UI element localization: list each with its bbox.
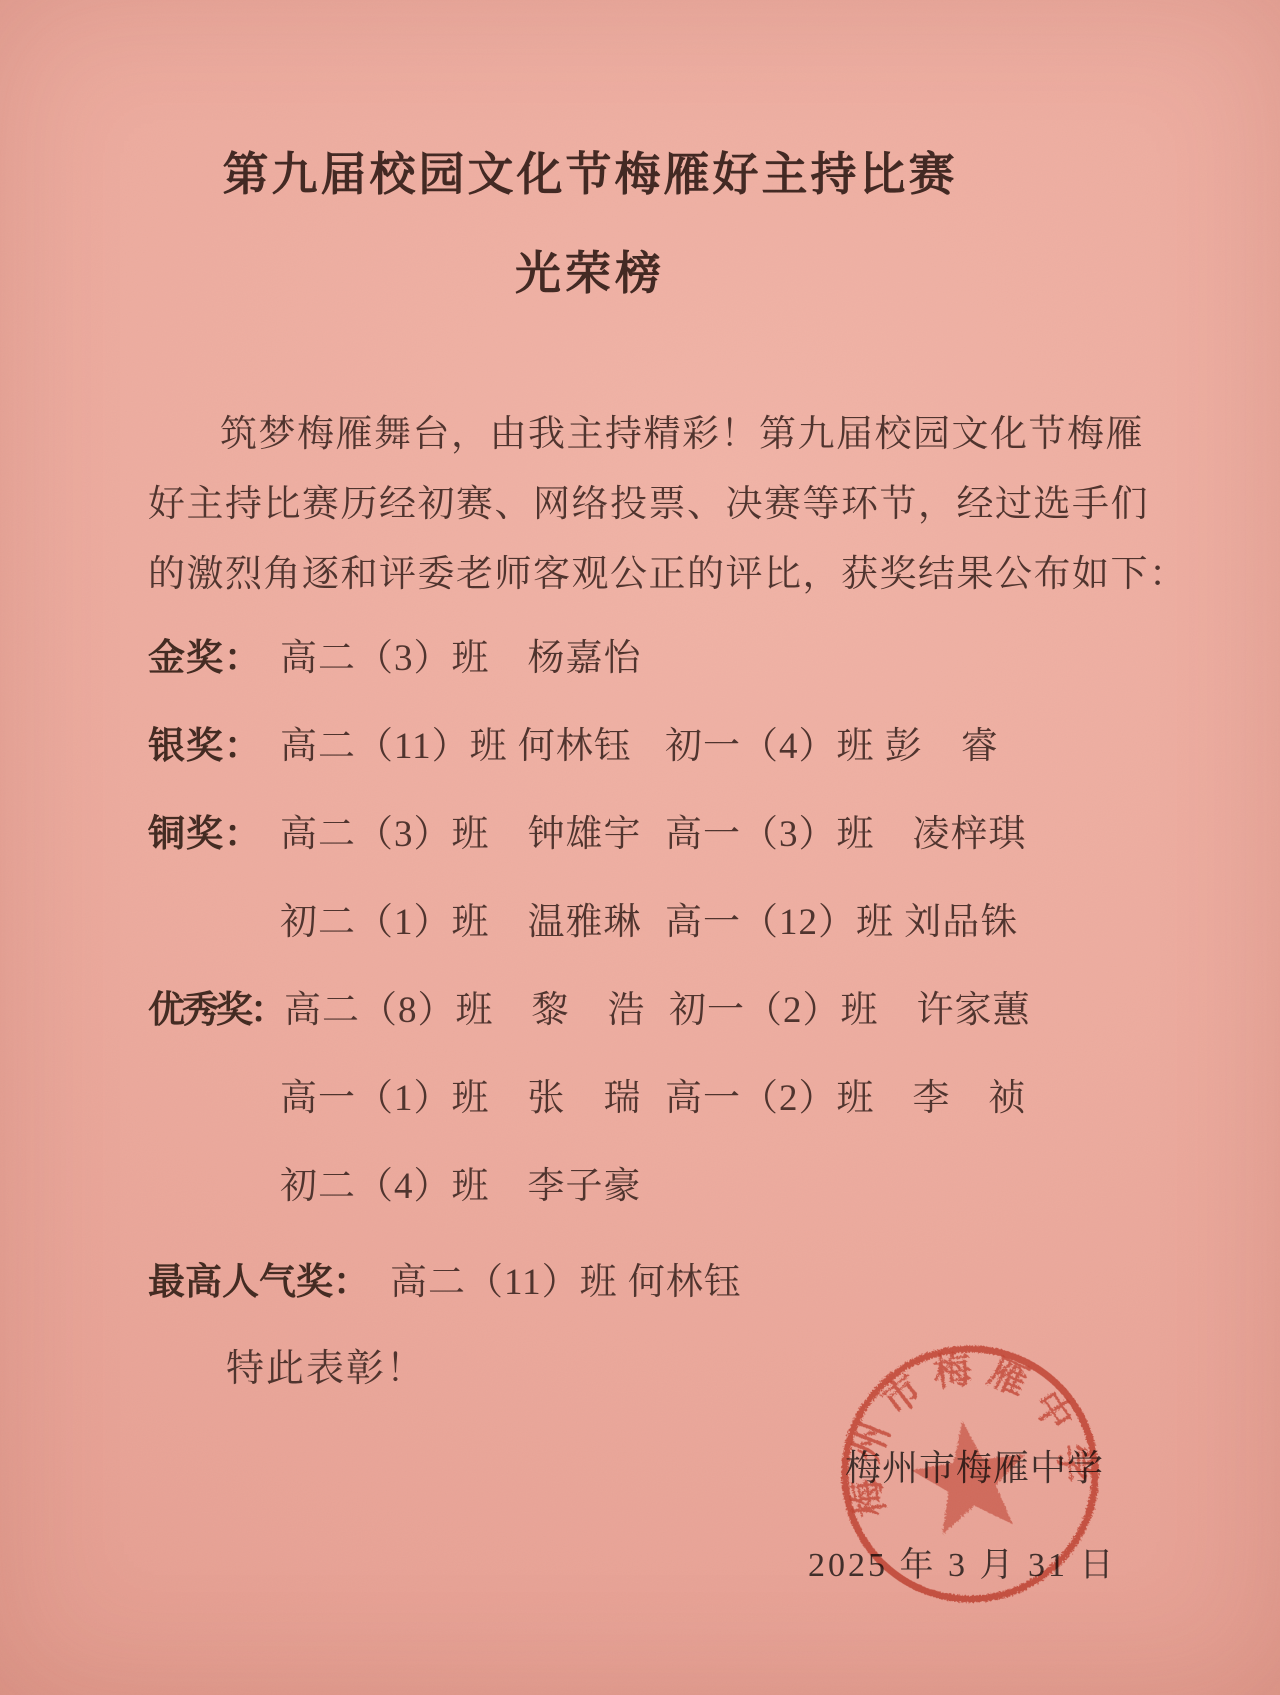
excellence-winner-5: 初二（4）班 李子豪 (280, 1155, 665, 1209)
award-row-excellence-2: 高一（1）班 张 瑞 高一（2）班 李 祯 (0, 1050, 1280, 1138)
intro-paragraph: 筑梦梅雁舞台，由我主持精彩！第九届校园文化节梅雁 好主持比赛历经初赛、网络投票、… (148, 400, 1280, 610)
school-seal-stamp: 梅州市梅雁中学 (819, 1323, 1122, 1626)
document-subtitle: 光荣榜 (0, 247, 1180, 300)
award-row-excellence-1: 优秀奖： 高二（8）班 黎 浩 初一（2）班 许家蕙 (0, 962, 1280, 1050)
silver-award-label: 银奖： (148, 715, 280, 769)
excellence-award-label: 优秀奖： (148, 979, 284, 1033)
award-row-excellence-3: 初二（4）班 李子豪 (0, 1138, 1280, 1226)
title-block: 第九届校园文化节梅雁好主持比赛 光荣榜 (0, 0, 1180, 300)
award-row-popularity: 最高人气奖： 高二（11）班 何林钰 (0, 1234, 1280, 1322)
award-row-gold: 金奖： 高二（3）班 杨嘉怡 (0, 610, 1280, 698)
silver-winner-1: 高二（11）班 何林钰 (280, 715, 665, 769)
gold-winner: 高二（3）班 杨嘉怡 (280, 627, 665, 681)
excellence-winner-3: 高一（1）班 张 瑞 (280, 1067, 665, 1121)
gold-award-label: 金奖： (148, 627, 280, 681)
bronze-winner-1: 高二（3）班 钟雄宇 (280, 803, 665, 857)
bronze-winner-4: 高一（12）班 刘品铢 (665, 891, 1280, 945)
bronze-winner-3: 初二（1）班 温雅琳 (280, 891, 665, 945)
popularity-winner: 高二（11）班 何林钰 (390, 1251, 775, 1305)
popularity-award-label: 最高人气奖： (148, 1251, 390, 1305)
award-row-silver: 银奖： 高二（11）班 何林钰 初一（4）班 彭 睿 (0, 698, 1280, 786)
excellence-winner-2: 初一（2）班 许家蕙 (669, 979, 1280, 1033)
award-row-bronze-2: 初二（1）班 温雅琳 高一（12）班 刘品铢 (0, 874, 1280, 962)
document-title: 第九届校园文化节梅雁好主持比赛 (0, 148, 1180, 201)
excellence-winner-1: 高二（8）班 黎 浩 (284, 979, 669, 1033)
award-document-paper: 第九届校园文化节梅雁好主持比赛 光荣榜 筑梦梅雁舞台，由我主持精彩！第九届校园文… (0, 0, 1280, 1695)
intro-line-2: 好主持比赛历经初赛、网络投票、决赛等环节，经过选手们 (148, 470, 1280, 540)
silver-winner-2: 初一（4）班 彭 睿 (665, 715, 1280, 769)
award-row-bronze-1: 铜奖： 高二（3）班 钟雄宇 高一（3）班 凌梓琪 (0, 786, 1280, 874)
intro-line-3: 的激烈角逐和评委老师客观公正的评比，获奖结果公布如下： (148, 540, 1280, 610)
intro-line-1: 筑梦梅雁舞台，由我主持精彩！第九届校园文化节梅雁 (148, 400, 1280, 470)
bronze-award-label: 铜奖： (148, 803, 280, 857)
awards-section: 金奖： 高二（3）班 杨嘉怡 银奖： 高二（11）班 何林钰 初一（4）班 彭 … (0, 610, 1280, 1322)
excellence-winner-4: 高一（2）班 李 祯 (665, 1067, 1280, 1121)
bronze-winner-2: 高一（3）班 凌梓琪 (665, 803, 1280, 857)
stamp-star-icon (909, 1416, 1032, 1534)
